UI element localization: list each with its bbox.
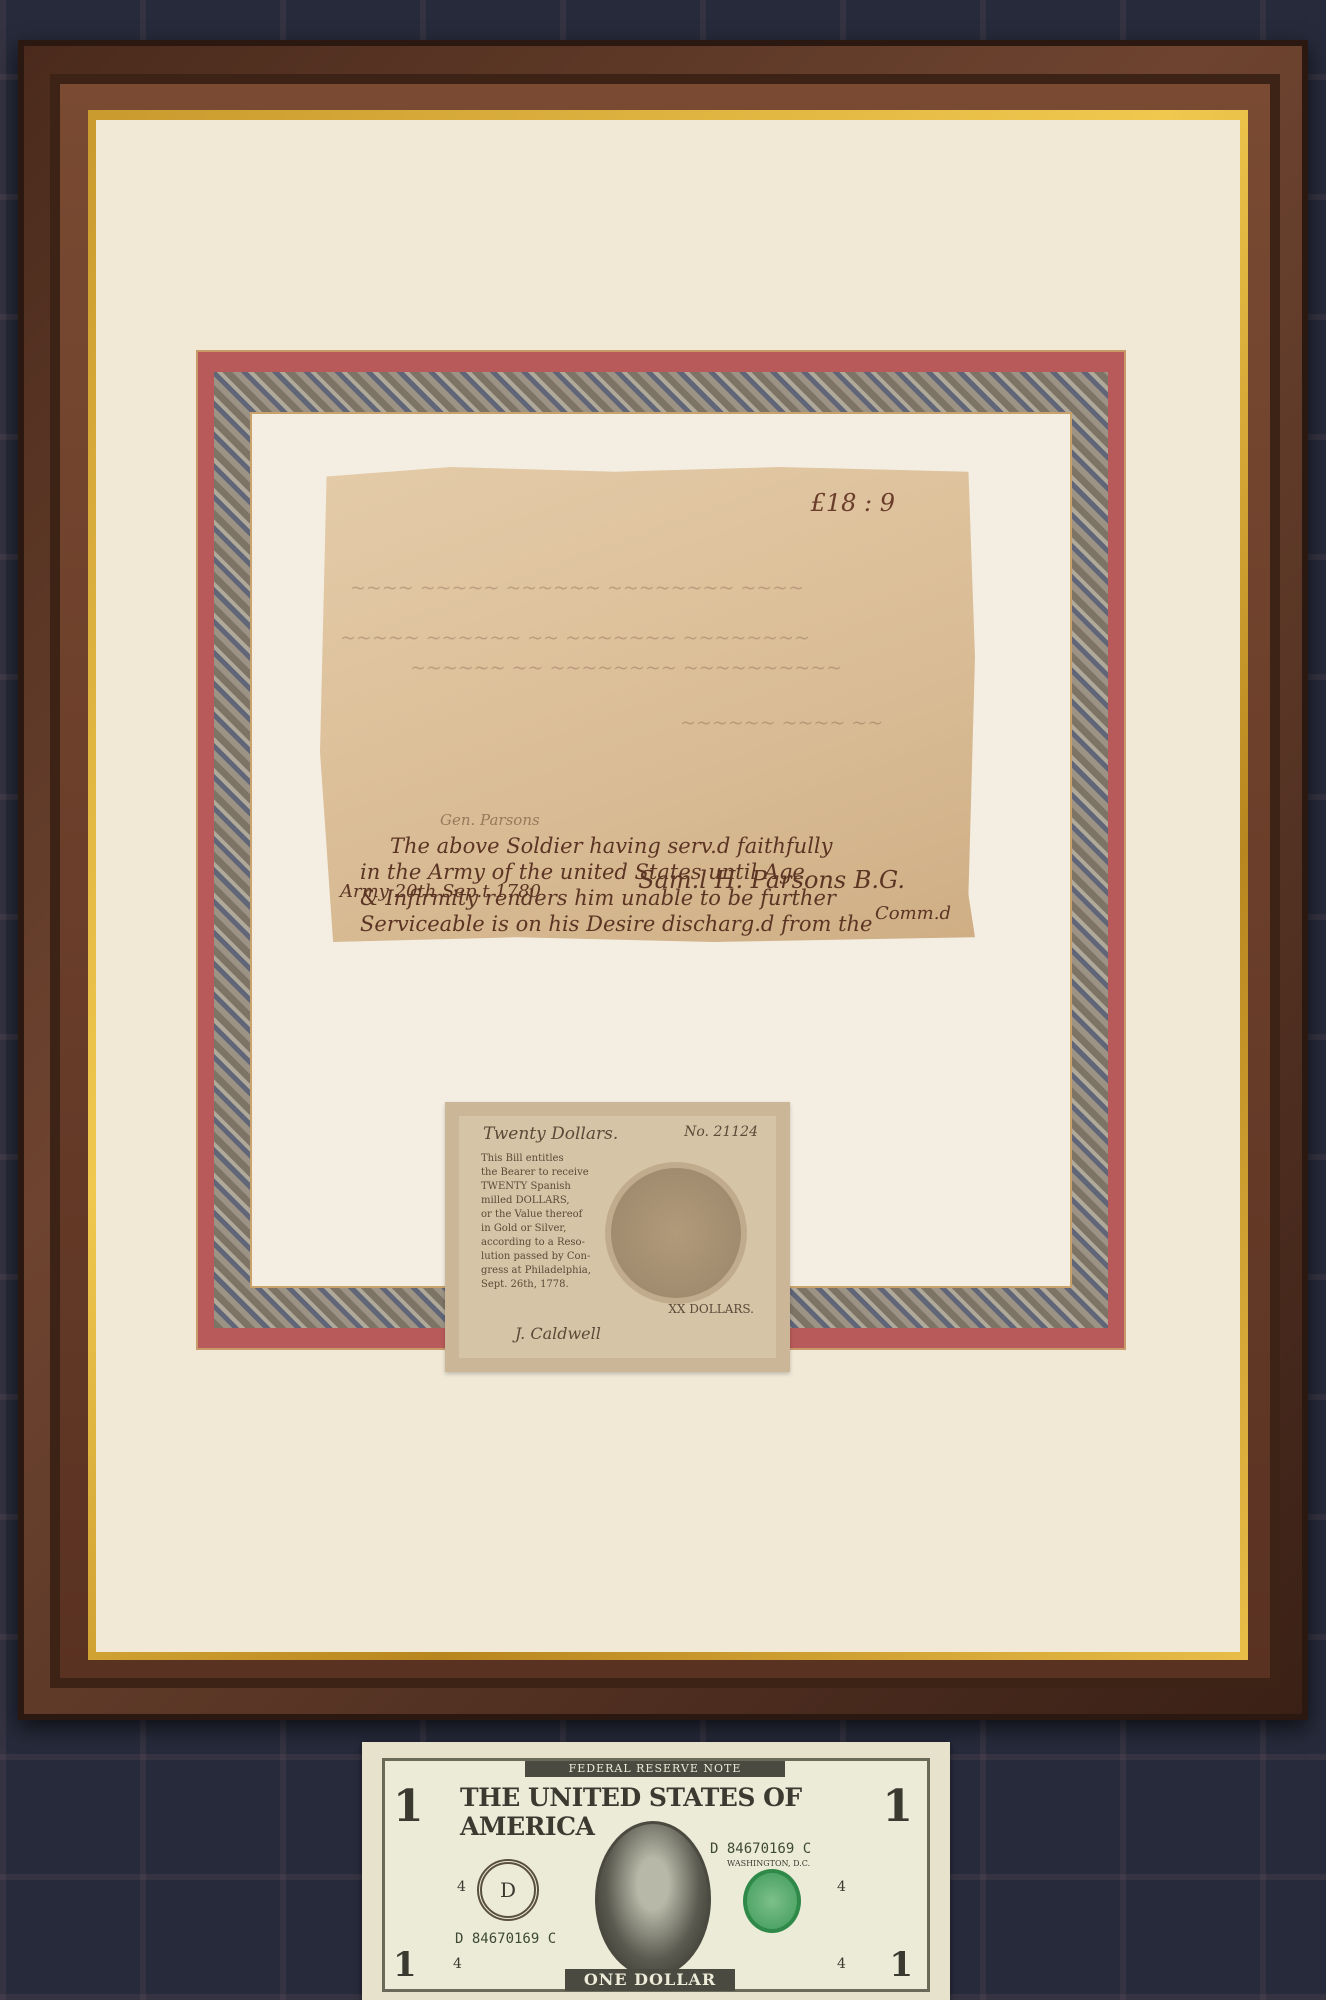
corner-numeral: 1 xyxy=(889,1945,913,1985)
note-text-line: or the Value thereof xyxy=(481,1208,599,1222)
continental-currency-note: Twenty Dollars. No. 21124 This Bill enti… xyxy=(445,1102,790,1372)
note-text-line: This Bill entitles xyxy=(481,1152,599,1166)
corner-numeral: 1 xyxy=(393,1781,424,1832)
faded-text-line: ~~~~~ ~~~~~~ ~~ ~~~~~~~ ~~~~~~~~ xyxy=(340,627,810,649)
faded-text-line: ~~~~~~ ~~ ~~~~~~~~ ~~~~~~~~~~ xyxy=(410,657,842,679)
body-line: The above Soldier having serv.d faithful… xyxy=(360,833,945,859)
note-text-line: according to a Reso- xyxy=(481,1236,599,1250)
district-number: 4 xyxy=(457,1879,466,1895)
picture-frame: £18 : 9 ~~~~ ~~~~~ ~~~~~~ ~~~~~~~~ ~~~~ … xyxy=(18,40,1308,1720)
faded-text-line: ~~~~ ~~~~~ ~~~~~~ ~~~~~~~~ ~~~~ xyxy=(350,577,804,599)
corner-numeral: 1 xyxy=(882,1781,913,1832)
body-line: Gen. Parsons xyxy=(360,807,945,833)
document-amount: £18 : 9 xyxy=(811,489,895,517)
red-mat-border: £18 : 9 ~~~~ ~~~~~ ~~~~~~ ~~~~~~~~ ~~~~ … xyxy=(196,350,1126,1350)
bill-border: FEDERAL RESERVE NOTE THE UNITED STATES O… xyxy=(382,1758,930,1992)
note-text: This Bill entitles the Bearer to receive… xyxy=(481,1152,599,1292)
bill-location: WASHINGTON, D.C. xyxy=(727,1859,810,1868)
bill-country: THE UNITED STATES OF AMERICA xyxy=(460,1783,927,1841)
note-seal-icon xyxy=(605,1162,747,1304)
outer-mat: £18 : 9 ~~~~ ~~~~~ ~~~~~~ ~~~~~~~~ ~~~~ … xyxy=(96,120,1240,1652)
marbled-paper-border: £18 : 9 ~~~~ ~~~~~ ~~~~~~ ~~~~~~~~ ~~~~ … xyxy=(214,372,1108,1328)
note-text-line: the Bearer to receive xyxy=(481,1166,599,1180)
faded-text-line: ~~~~~~ ~~~~ ~~ xyxy=(680,712,883,734)
note-text-line: Sept. 26th, 1778. xyxy=(481,1278,599,1292)
note-text-line: lution passed by Con- xyxy=(481,1250,599,1264)
district-number: 4 xyxy=(837,1956,846,1972)
note-text-line: TWENTY Spanish xyxy=(481,1180,599,1194)
document-date: Army 20th Sep.t 1780 xyxy=(340,881,541,902)
note-title: Twenty Dollars. xyxy=(483,1124,618,1144)
washington-portrait xyxy=(595,1821,711,1977)
federal-reserve-seal-icon: D xyxy=(477,1859,539,1921)
corner-numeral: 1 xyxy=(393,1945,417,1985)
note-text-line: in Gold or Silver, xyxy=(481,1222,599,1236)
note-number: No. 21124 xyxy=(684,1124,758,1140)
bill-header: FEDERAL RESERVE NOTE xyxy=(525,1761,785,1777)
one-dollar-bill: FEDERAL RESERVE NOTE THE UNITED STATES O… xyxy=(362,1742,950,2000)
body-line: Serviceable is on his Desire discharg.d … xyxy=(360,911,945,937)
bill-serial: D 84670169 C xyxy=(710,1841,811,1857)
district-number: 4 xyxy=(837,1879,846,1895)
discharge-document: £18 : 9 ~~~~ ~~~~~ ~~~~~~ ~~~~~~~~ ~~~~ … xyxy=(320,467,975,942)
document-signature: Sam.l H. Parsons B.G. xyxy=(638,866,905,894)
signature-suffix: Comm.d xyxy=(875,903,951,924)
treasury-seal-icon xyxy=(743,1869,801,1933)
note-signature: J. Caldwell xyxy=(515,1324,601,1343)
bill-serial: D 84670169 C xyxy=(455,1931,556,1947)
note-denomination: XX DOLLARS. xyxy=(668,1302,754,1316)
bill-denomination: ONE DOLLAR xyxy=(565,1969,735,1991)
district-number: 4 xyxy=(453,1956,462,1972)
note-text-line: gress at Philadelphia, xyxy=(481,1264,599,1278)
inner-mat: £18 : 9 ~~~~ ~~~~~ ~~~~~~ ~~~~~~~~ ~~~~ … xyxy=(250,412,1072,1288)
note-text-line: milled DOLLARS, xyxy=(481,1194,599,1208)
gold-liner: £18 : 9 ~~~~ ~~~~~ ~~~~~~ ~~~~~~~~ ~~~~ … xyxy=(88,110,1248,1660)
